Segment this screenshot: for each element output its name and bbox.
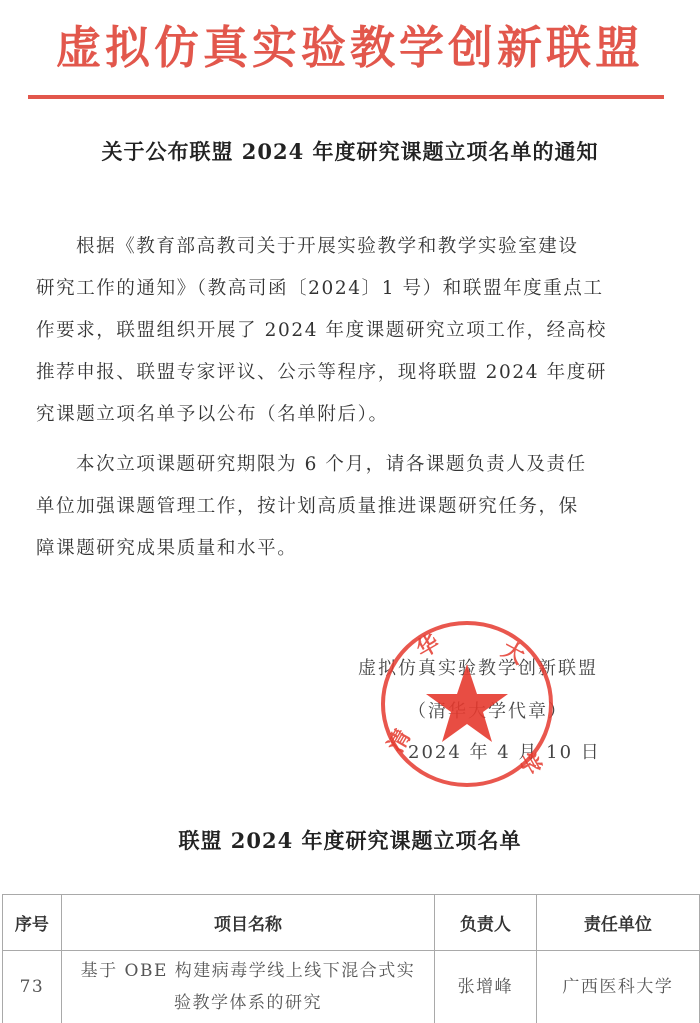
- cell-no: 73: [3, 951, 62, 1023]
- column-header-unit: 责任单位: [536, 895, 699, 951]
- cell-project-name: 基于 OBE 构建病毒学线上线下混合式实 验教学体系的研究: [61, 951, 434, 1023]
- notice-title: 关于公布联盟 2024 年度研究课题立项名单的通知: [0, 136, 700, 166]
- masthead-red-rule: [28, 95, 664, 99]
- signature-delegate: （清华大学代章）: [408, 697, 700, 723]
- table-row: 73 基于 OBE 构建病毒学线上线下混合式实 验教学体系的研究 张增峰 广西医…: [3, 951, 700, 1023]
- project-name-line: 基于 OBE 构建病毒学线上线下混合式实: [62, 955, 434, 987]
- text-line: 单位加强课题管理工作，按计划高质量推进课题研究任务，保: [36, 486, 664, 528]
- cell-unit: 广西医科大学: [536, 951, 699, 1023]
- notice-paragraph-1: 根据《教育部高教司关于开展实验教学和教学实验室建设 研究工作的通知》（教高司函〔…: [36, 226, 664, 436]
- column-header-no: 序号: [3, 895, 62, 951]
- column-header-project-name: 项目名称: [61, 895, 434, 951]
- notice-paragraph-2: 本次立项课题研究期限为 6 个月，请各课题负责人及责任 单位加强课题管理工作，按…: [36, 444, 664, 570]
- signature-org: 虚拟仿真实验教学创新联盟: [358, 654, 658, 680]
- text-line: 推荐申报、联盟专家评议、公示等程序，现将联盟 2024 年度研: [36, 352, 664, 394]
- project-list-table: 序号 项目名称 负责人 责任单位 73 基于 OBE 构建病毒学线上线下混合式实…: [2, 894, 700, 1023]
- table-header-row: 序号 项目名称 负责人 责任单位: [3, 895, 700, 951]
- text-line: 本次立项课题研究期限为 6 个月，请各课题负责人及责任: [36, 444, 664, 486]
- column-header-leader: 负责人: [435, 895, 537, 951]
- list-title: 联盟 2024 年度研究课题立项名单: [0, 825, 700, 855]
- text-line: 根据《教育部高教司关于开展实验教学和教学实验室建设: [36, 226, 664, 268]
- text-line: 障课题研究成果质量和水平。: [36, 528, 664, 570]
- text-line: 究课题立项名单予以公布（名单附后）。: [36, 394, 664, 436]
- cell-leader: 张增峰: [435, 951, 537, 1023]
- masthead-org-name: 虚拟仿真实验教学创新联盟: [0, 18, 700, 78]
- text-line: 作要求，联盟组织开展了 2024 年度课题研究立项工作，经高校: [36, 310, 664, 352]
- project-name-line: 验教学体系的研究: [62, 987, 434, 1019]
- signature-date: 2024 年 4 月 10 日: [408, 738, 700, 764]
- text-line: 研究工作的通知》（教高司函〔2024〕1 号）和联盟年度重点工: [36, 268, 664, 310]
